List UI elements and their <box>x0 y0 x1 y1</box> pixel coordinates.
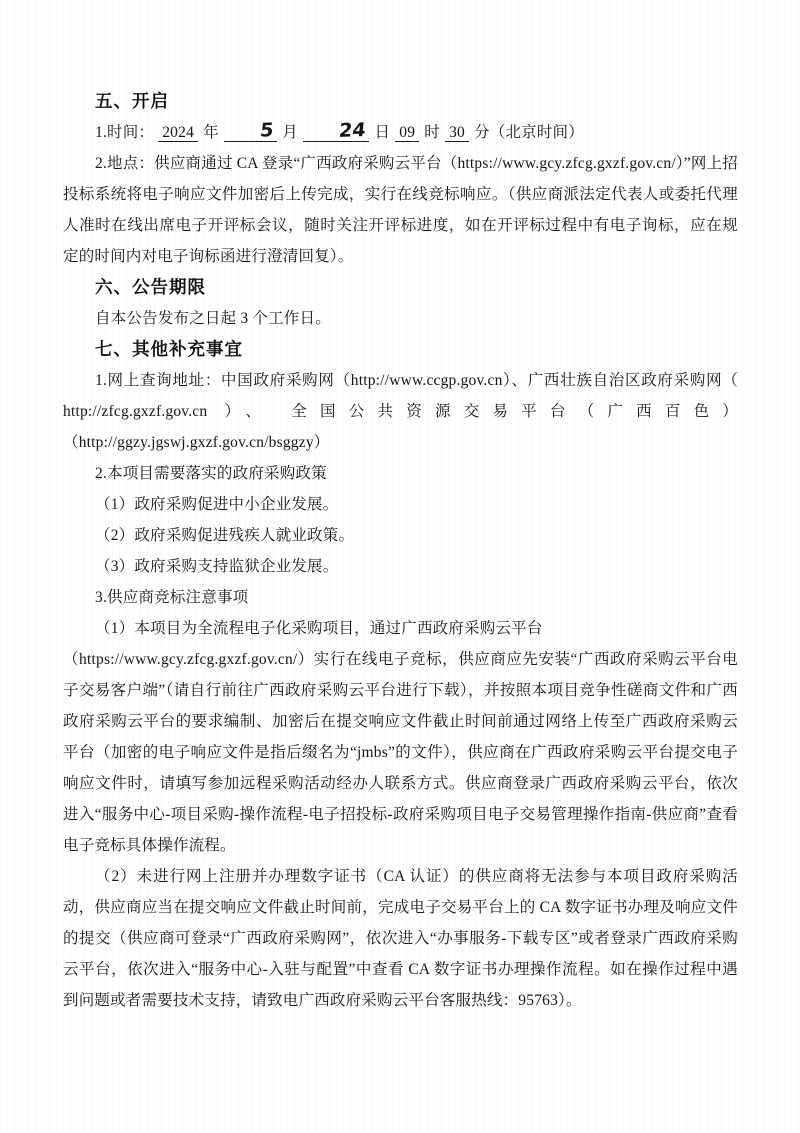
time-month-handwritten-value: 5 <box>227 121 274 142</box>
supplementary-policies-title: 2.本项目需要落实的政府采购政策 <box>63 458 738 489</box>
time-month-unit: 月 <box>282 124 298 141</box>
time-day-underlined: 24 <box>303 124 369 142</box>
time-year-underlined: 2024 <box>158 124 198 142</box>
section-announcement-period-heading: 六、公告期限 <box>63 272 738 303</box>
opening-time-line: 1.时间： 2024 年 5 月 24 日 09 时 30 分（北京时间） <box>63 117 738 148</box>
time-minute-unit: 分（北京时间） <box>474 124 584 141</box>
time-year-unit: 年 <box>203 124 219 141</box>
time-month-underlined: 5 <box>224 124 277 142</box>
supplementary-note-2: （2）未进行网上注册并办理数字证书（CA 认证）的供应商将无法参与本项目政府采购… <box>63 861 738 1016</box>
supplementary-notes-title: 3.供应商竞标注意事项 <box>63 582 738 613</box>
time-hour-underlined: 09 <box>395 124 419 142</box>
supplementary-policy-item-3: （3）政府采购支持监狱企业发展。 <box>63 551 738 582</box>
supplementary-policy-item-2: （2）政府采购促进残疾人就业政策。 <box>63 520 738 551</box>
document-page: 五、开启 1.时间： 2024 年 5 月 24 日 09 时 30 分（北京时… <box>0 0 800 1133</box>
time-hour-unit: 时 <box>424 124 440 141</box>
time-day-unit: 日 <box>375 124 391 141</box>
supplementary-note-1-intro: （1）本项目为全流程电子化采购项目，通过广西政府采购云平台 <box>63 613 738 644</box>
supplementary-policy-item-1: （1）政府采购促进中小企业发展。 <box>63 489 738 520</box>
time-minute-underlined: 30 <box>445 124 469 142</box>
supplementary-query-addresses: 1.网上查询地址：中国政府采购网（http://www.ccgp.gov.cn）… <box>63 365 738 458</box>
opening-location-paragraph: 2.地点：供应商通过 CA 登录“广西政府采购云平台（https://www.g… <box>63 148 738 272</box>
section-opening-heading: 五、开启 <box>63 86 738 117</box>
time-prefix: 1.时间： <box>95 124 154 141</box>
supplementary-note-1-body: （https://www.gcy.zfcg.gxzf.gov.cn/）实行在线电… <box>63 644 738 861</box>
section-supplementary-heading: 七、其他补充事宜 <box>63 334 738 365</box>
time-day-handwritten-value: 24 <box>306 121 367 142</box>
announcement-period-body: 自本公告发布之日起 3 个工作日。 <box>63 303 738 334</box>
